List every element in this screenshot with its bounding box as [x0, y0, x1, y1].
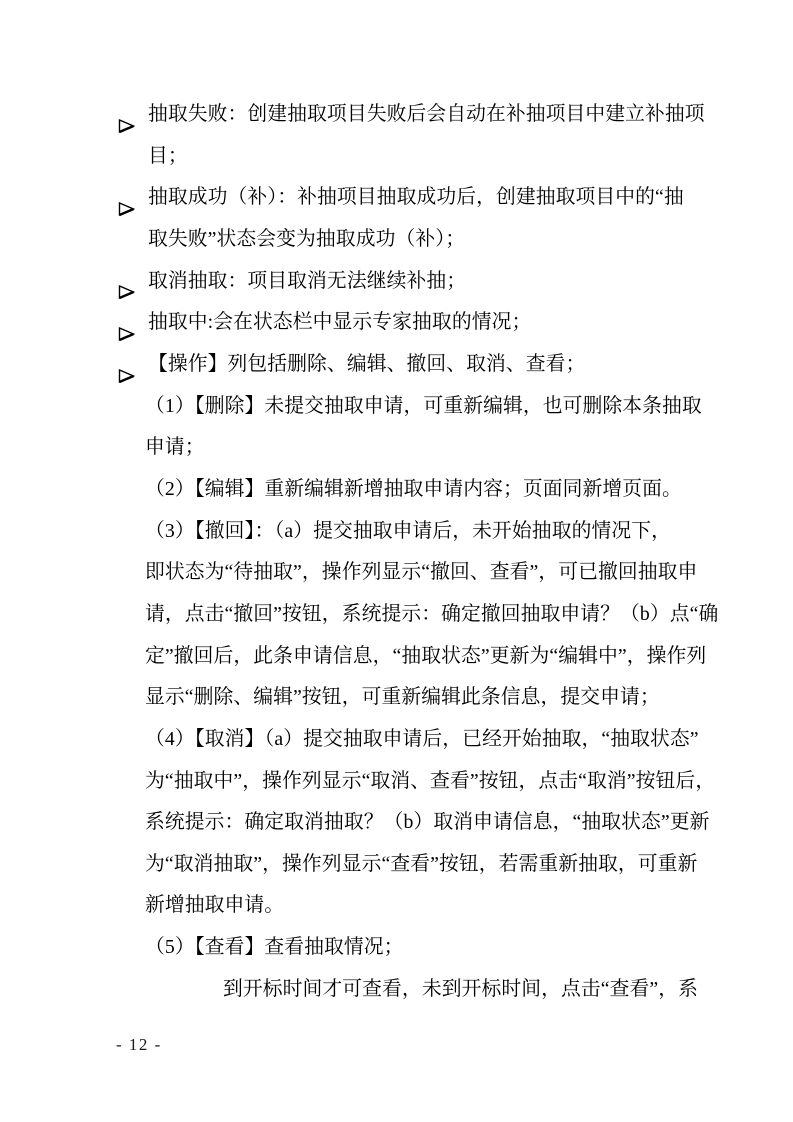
line-text: 抽取中:会在状态栏中显示专家抽取的情况； — [148, 311, 531, 333]
text-line: 为“取消抽取”，操作列显示“查看”按钮，若需重新抽取，可重新 — [0, 844, 793, 886]
arrowhead-bullet-icon — [118, 274, 135, 289]
text-line: （3）【撤回】：（a）提交抽取申请后，未开始抽取的情况下， — [0, 511, 793, 553]
text-line: 到开标时间才可查看，未到开标时间，点击“查看”，系 — [0, 969, 793, 1011]
text-line: 为“抽取中”，操作列显示“取消、查看”按钮，点击“取消”按钮后， — [0, 761, 793, 803]
line-text: （5）【查看】查看抽取情况； — [145, 936, 404, 958]
text-line: 系统提示：确定取消抽取？（b）取消申请信息，“抽取状态”更新 — [0, 802, 793, 844]
line-text: 请，点击“撤回”按钮，系统提示：确定撤回抽取申请？（b）点“确 — [145, 603, 718, 625]
arrowhead-bullet-icon — [118, 316, 135, 331]
bullet-text-line: 抽取中:会在状态栏中显示专家抽取的情况； — [0, 302, 793, 344]
line-text: 系统提示：确定取消抽取？（b）取消申请信息，“抽取状态”更新 — [145, 811, 710, 833]
arrowhead-bullet-icon — [118, 107, 135, 122]
bullet-text-line: 取消抽取：项目取消无法继续补抽； — [0, 261, 793, 303]
document-content: 抽取失败：创建抽取项目失败后会自动在补抽项目中建立补抽项目； 抽取成功（补）：补… — [0, 94, 793, 1010]
line-text: 取消抽取：项目取消无法继续补抽； — [148, 270, 466, 292]
line-text: 【操作】列包括删除、编辑、撤回、取消、查看； — [148, 353, 585, 375]
line-text: 申请； — [145, 436, 205, 458]
line-text: 到开标时间才可查看，未到开标时间，点击“查看”，系 — [223, 978, 698, 1000]
page-number: - 12 - — [116, 1035, 162, 1055]
text-line: 定”撤回后，此条申请信息，“抽取状态”更新为“编辑中”，操作列 — [0, 636, 793, 678]
text-line: 新增抽取申请。 — [0, 885, 793, 927]
line-text: （1）【删除】未提交抽取申请，可重新编辑，也可删除本条抽取 — [145, 395, 702, 417]
line-text: 目； — [148, 145, 188, 167]
text-line: 申请； — [0, 427, 793, 469]
line-text: （2）【编辑】重新编辑新增抽取申请内容；页面同新增页面。 — [145, 478, 682, 500]
bullet-text-line: 抽取失败：创建抽取项目失败后会自动在补抽项目中建立补抽项 — [0, 94, 793, 136]
line-text: （4）【取消】（a）提交抽取申请后，已经开始抽取，“抽取状态” — [145, 728, 699, 750]
line-text: 取失败”状态会变为抽取成功（补）； — [148, 228, 465, 250]
arrowhead-bullet-icon — [118, 191, 135, 206]
text-line: （5）【查看】查看抽取情况； — [0, 927, 793, 969]
line-text: 抽取失败：创建抽取项目失败后会自动在补抽项目中建立补抽项 — [148, 103, 705, 125]
text-line: （2）【编辑】重新编辑新增抽取申请内容；页面同新增页面。 — [0, 469, 793, 511]
line-text: 定”撤回后，此条申请信息，“抽取状态”更新为“编辑中”，操作列 — [145, 645, 706, 667]
text-line: （4）【取消】（a）提交抽取申请后，已经开始抽取，“抽取状态” — [0, 719, 793, 761]
bullet-text-line: 取失败”状态会变为抽取成功（补）； — [0, 219, 793, 261]
line-text: （3）【撤回】：（a）提交抽取申请后，未开始抽取的情况下， — [145, 520, 671, 542]
line-text: 即状态为“待抽取”，操作列显示“撤回、查看”，可已撤回抽取申 — [145, 561, 697, 583]
line-text: 新增抽取申请。 — [145, 894, 284, 916]
line-text: 为“抽取中”，操作列显示“取消、查看”按钮，点击“取消”按钮后， — [145, 770, 715, 792]
bullet-text-line: 【操作】列包括删除、编辑、撤回、取消、查看； — [0, 344, 793, 386]
bullet-text-line: 抽取成功（补）：补抽项目抽取成功后，创建抽取项目中的“抽 — [0, 177, 793, 219]
text-line: 请，点击“撤回”按钮，系统提示：确定撤回抽取申请？（b）点“确 — [0, 594, 793, 636]
line-text: 为“取消抽取”，操作列显示“查看”按钮，若需重新抽取，可重新 — [145, 853, 697, 875]
line-text: 抽取成功（补）：补抽项目抽取成功后，创建抽取项目中的“抽 — [148, 186, 684, 208]
bullet-text-line: 目； — [0, 136, 793, 178]
arrowhead-bullet-icon — [118, 357, 135, 372]
document-page: 抽取失败：创建抽取项目失败后会自动在补抽项目中建立补抽项目； 抽取成功（补）：补… — [0, 0, 793, 1122]
text-line: （1）【删除】未提交抽取申请，可重新编辑，也可删除本条抽取 — [0, 386, 793, 428]
line-text: 显示“删除、编辑”按钮，可重新编辑此条信息，提交申请； — [145, 686, 660, 708]
text-line: 即状态为“待抽取”，操作列显示“撤回、查看”，可已撤回抽取申 — [0, 552, 793, 594]
text-line: 显示“删除、编辑”按钮，可重新编辑此条信息，提交申请； — [0, 677, 793, 719]
